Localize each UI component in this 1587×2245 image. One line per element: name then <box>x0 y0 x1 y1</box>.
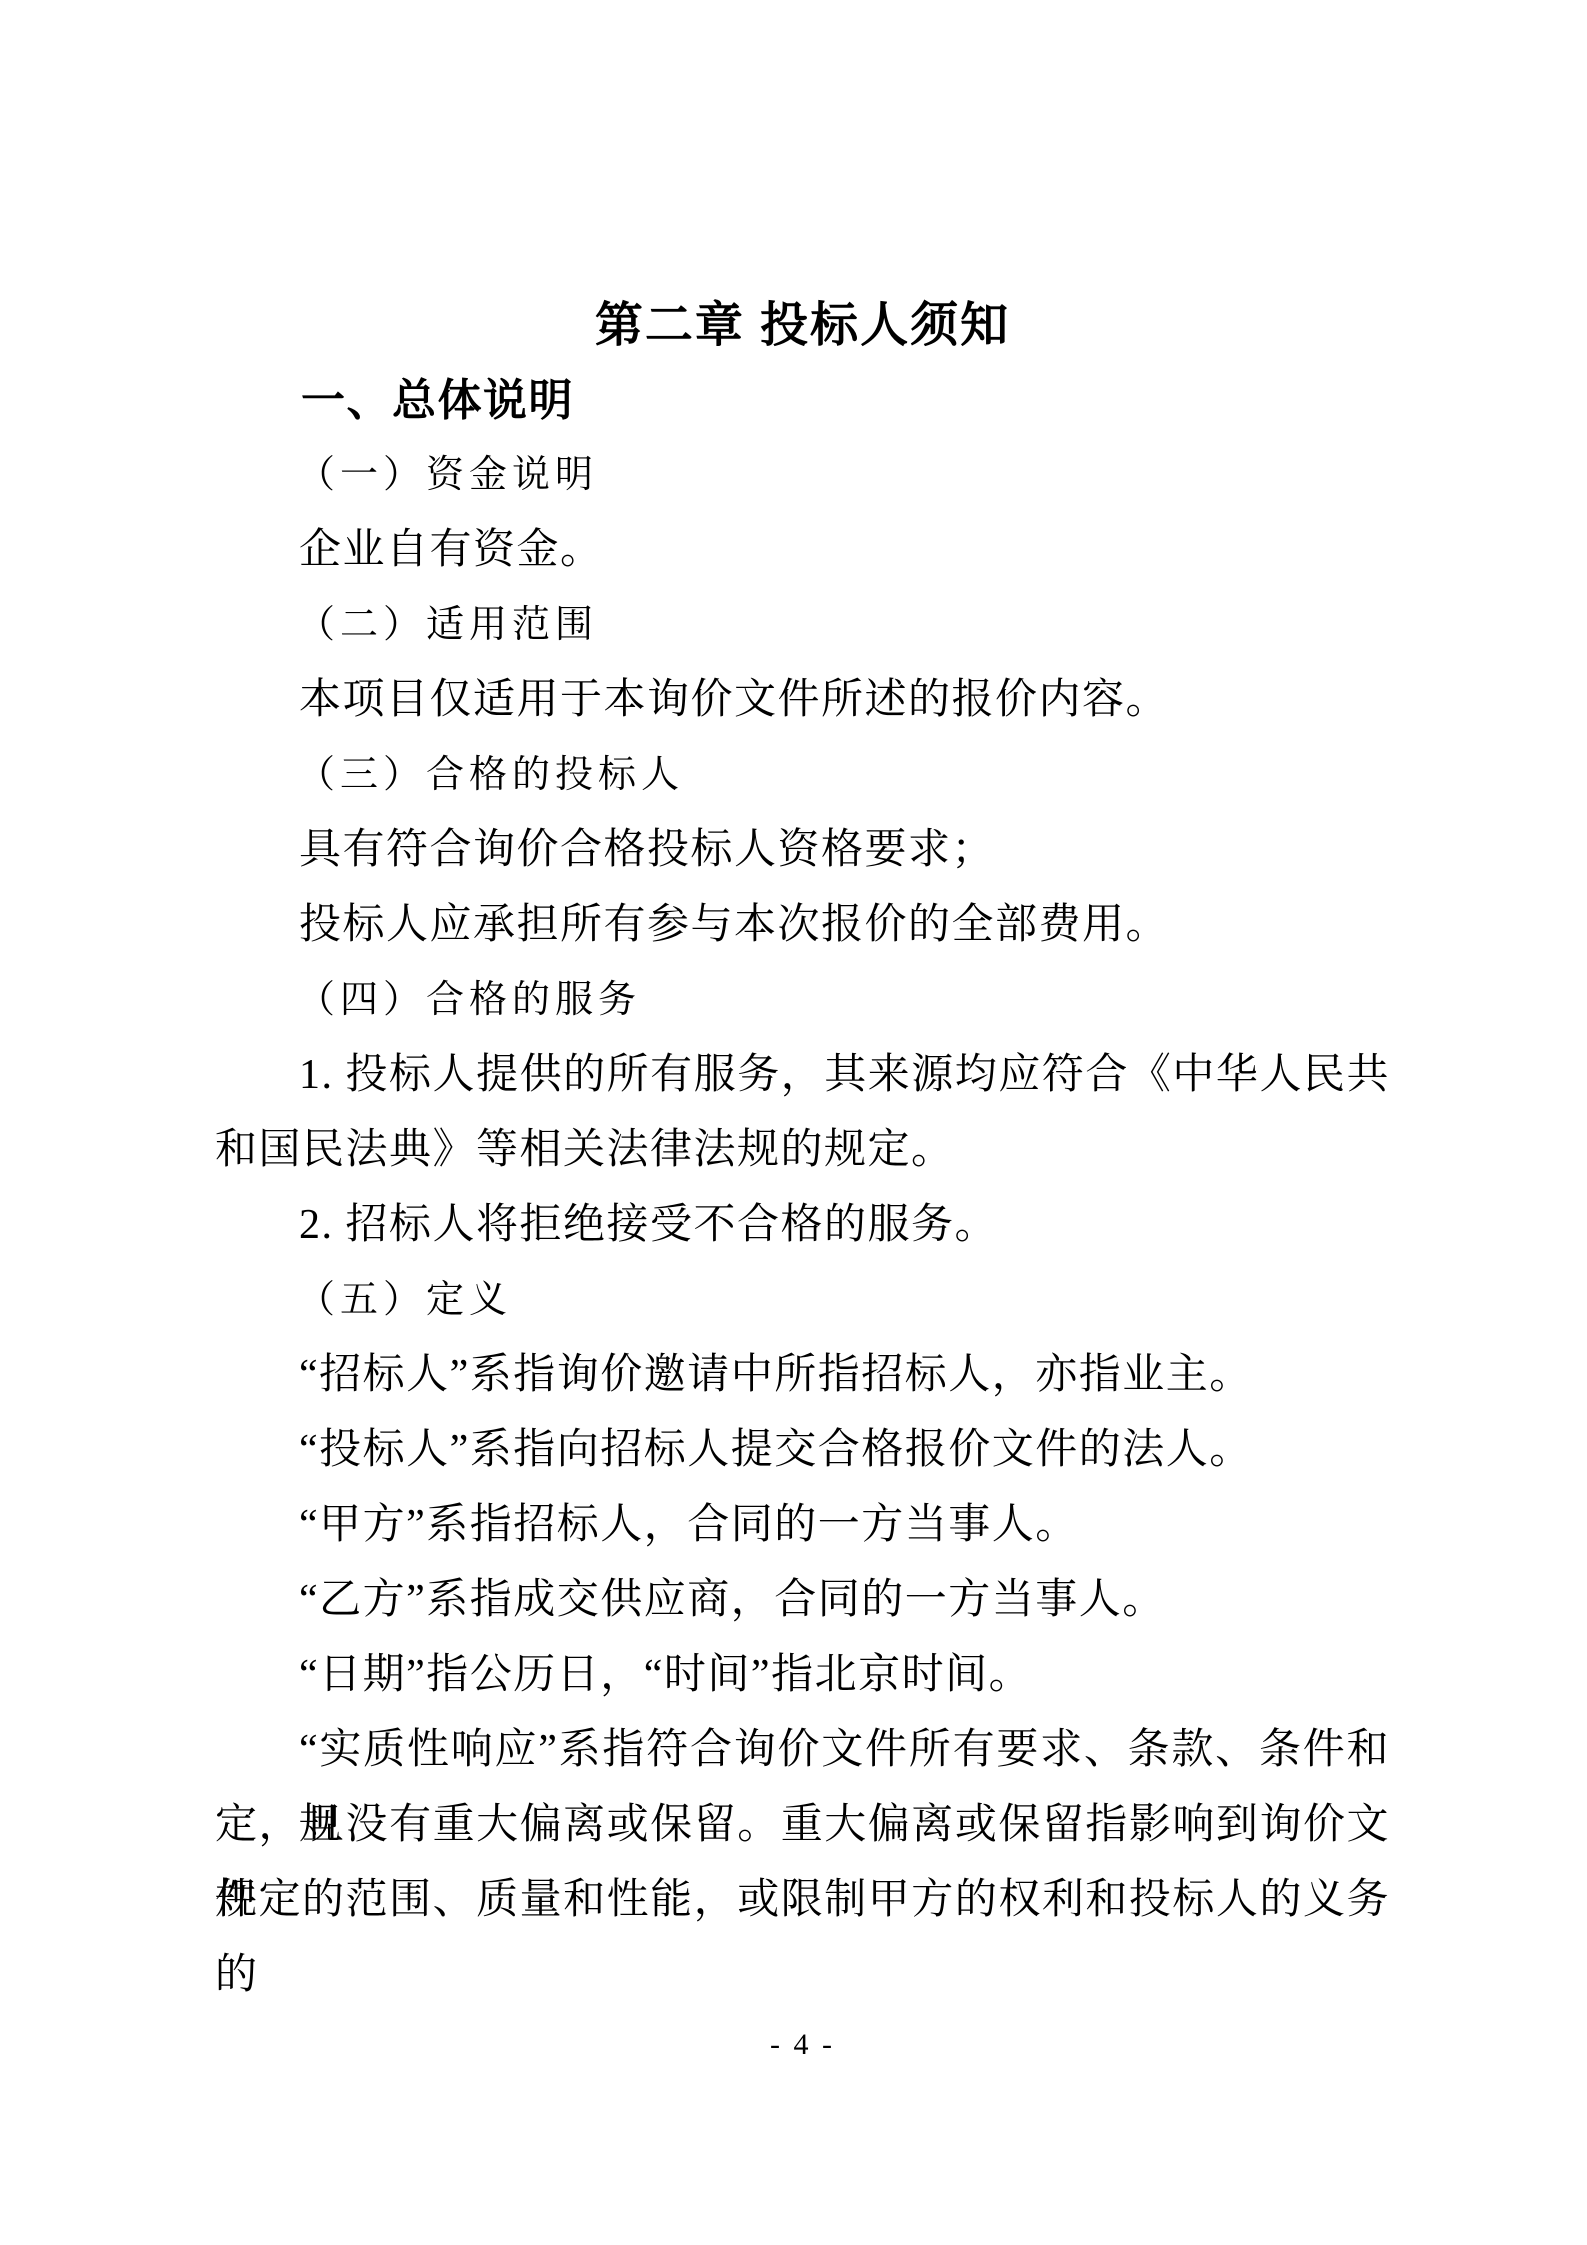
body-line: “甲方”系指招标人，合同的一方当事人。 <box>215 1488 1390 1563</box>
body-line: “实质性响应”系指符合询价文件所有要求、条款、条件和规 <box>215 1713 1390 1788</box>
subsection-heading: （五）定义 <box>215 1263 1390 1338</box>
body-line: 2. 招标人将拒绝接受不合格的服务。 <box>215 1188 1390 1263</box>
document-page: 第二章 投标人须知 一、总体说明 （一）资金说明 企业自有资金。 （二）适用范围… <box>0 0 1587 2245</box>
section-heading: 一、总体说明 <box>215 363 1390 438</box>
subsection-heading: （三）合格的投标人 <box>215 738 1390 813</box>
body-line: “乙方”系指成交供应商，合同的一方当事人。 <box>215 1563 1390 1638</box>
subsection-heading: （四）合格的服务 <box>215 963 1390 1038</box>
body-line: 企业自有资金。 <box>215 513 1390 588</box>
body-line: 和国民法典》等相关法律法规的规定。 <box>215 1113 1390 1188</box>
page-number: - 4 - <box>215 2010 1390 2080</box>
subsection-heading: （二）适用范围 <box>215 588 1390 663</box>
body-line: “招标人”系指询价邀请中所指招标人，亦指业主。 <box>215 1338 1390 1413</box>
body-line: 本项目仅适用于本询价文件所述的报价内容。 <box>215 663 1390 738</box>
body-line: 1. 投标人提供的所有服务，其来源均应符合《中华人民共 <box>215 1038 1390 1113</box>
chapter-title: 第二章 投标人须知 <box>215 288 1390 363</box>
body-line: 定，且没有重大偏离或保留。重大偏离或保留指影响到询价文件 <box>215 1788 1390 1863</box>
body-line: 具有符合询价合格投标人资格要求； <box>215 813 1390 888</box>
body-line: 规定的范围、质量和性能，或限制甲方的权利和投标人的义务的 <box>215 1863 1390 1938</box>
subsection-heading: （一）资金说明 <box>215 438 1390 513</box>
body-line: “日期”指公历日，“时间”指北京时间。 <box>215 1638 1390 1713</box>
body-line: 投标人应承担所有参与本次报价的全部费用。 <box>215 888 1390 963</box>
document-content: 第二章 投标人须知 一、总体说明 （一）资金说明 企业自有资金。 （二）适用范围… <box>215 288 1390 1938</box>
body-line: “投标人”系指向招标人提交合格报价文件的法人。 <box>215 1413 1390 1488</box>
